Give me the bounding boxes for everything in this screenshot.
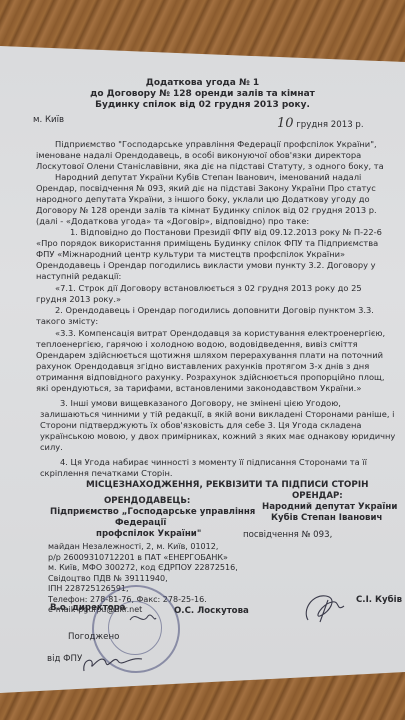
body-line: ФПУ «Міжнародний центр культури та мисте…: [36, 249, 345, 261]
body-line: Сторони підтверджують їх обов'язковість …: [40, 420, 362, 432]
lessor-signatory-title: В.о. директора: [50, 603, 126, 615]
lessee-name-1: Народний депутат України: [262, 502, 397, 514]
date-day-handwritten: 10: [277, 116, 294, 131]
doc-title-line-1: Додаткова угода № 1: [0, 78, 405, 90]
lessor-name-1: Підприємство „Господарське управління: [50, 507, 255, 519]
body-line: Підприємство "Господарське управління Фе…: [55, 139, 377, 151]
agreement-document: Додаткова угода № 1 до Договору № 128 ор…: [0, 0, 405, 720]
body-line: українською мовою, у двох примірниках, к…: [40, 431, 395, 443]
doc-title-line-3: Будинку спілок від 02 грудня 2013 року.: [0, 100, 405, 112]
body-line: Орендодавець і Орендар погодились виклас…: [36, 260, 376, 272]
lessor-name-3: профспілок України": [96, 529, 201, 541]
body-line: іменоване надалі Орендодавець, в особі в…: [36, 150, 361, 162]
fpu-signature: [80, 645, 150, 675]
body-line: Орендарем здійснюється щотижня шляхом пе…: [36, 350, 383, 362]
body-line: грудня 2013 року.»: [36, 294, 121, 306]
body-line: скріплення печатками Сторін.: [40, 468, 173, 480]
body-line: залишаються чинними у тій редакції, в як…: [40, 409, 394, 421]
date-rest: грудня 2013 р.: [296, 120, 363, 130]
body-line: рахунок Орендодавця згідно виставлених р…: [36, 361, 369, 373]
approved-from: від ФПУ: [47, 654, 82, 666]
body-line: 2. Орендодавець і Орендар погодились доп…: [55, 305, 374, 317]
body-line: 1. Відповідно до Постанови Президії ФПУ …: [70, 227, 382, 239]
body-line: Договору № 128 оренди залів та кімнат Бу…: [36, 205, 377, 217]
section-heading: МІСЦЕЗНАХОДЖЕННЯ, РЕКВІЗИТИ ТА ПІДПИСИ С…: [86, 480, 368, 492]
lessor-signatory-name: О.С. Лоскутова: [174, 606, 249, 618]
body-line: народного депутата України, з іншого бок…: [36, 194, 370, 206]
lessee-name-2: Кубів Степан Іванович: [271, 513, 382, 525]
lessee-signatory-name: С.І. Кубів: [356, 595, 402, 607]
body-line: Лоскутової Олени Станіславівни, яка діє …: [36, 161, 384, 173]
body-line: наступній редакції:: [36, 271, 121, 283]
body-line: теплоенергією, гарячою і холодною водою,…: [36, 339, 358, 351]
body-line: (далі - «Додаткова угода» та «Договір», …: [36, 216, 309, 228]
body-line: силу.: [40, 442, 63, 454]
city: м. Київ: [33, 115, 64, 127]
lessor-heading: ОРЕНДОДАВЕЦЬ:: [104, 496, 190, 508]
approved-label: Погоджено: [68, 632, 119, 644]
body-line: «7.1. Строк дії Договору встановлюється …: [55, 283, 362, 295]
body-line: 3. Інші умови вищевказаного Договору, не…: [60, 398, 341, 410]
body-line: отримання відповідного рахунку. Розрахун…: [36, 372, 385, 384]
doc-title-line-2: до Договору № 128 оренди залів та кімнат: [0, 89, 405, 101]
body-line: Народний депутат України Кубів Степан Ів…: [55, 172, 361, 184]
date: 10 грудня 2013 р.: [277, 118, 364, 132]
body-line: такого змісту:: [36, 316, 98, 328]
body-line: «Про порядок використання приміщень Буди…: [36, 238, 378, 250]
lessee-signature: [300, 590, 350, 630]
body-line: 4. Ця Угода набирає чинності з моменту ї…: [60, 457, 367, 469]
body-line: «3.3. Компенсація витрат Орендодавця за …: [55, 328, 385, 340]
body-line: Орендар, посвідчення № 093, який діє на …: [36, 183, 376, 195]
lessor-name-2: Федерації: [115, 518, 166, 530]
lessee-heading: ОРЕНДАР:: [292, 491, 343, 503]
lessee-certificate: посвідчення № 093,: [243, 530, 332, 542]
lessor-signature: [128, 608, 158, 628]
body-line: які орендуються, за тарифами, встановлен…: [36, 383, 361, 395]
